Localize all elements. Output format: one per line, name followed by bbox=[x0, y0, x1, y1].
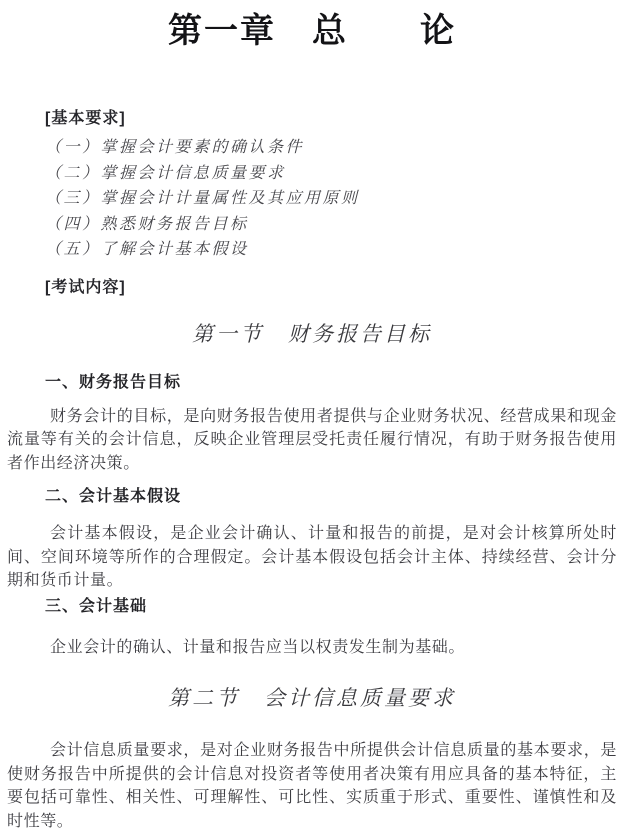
paragraph-financial-report-goal: 财务会计的目标，是向财务报告使用者提供与企业财务状况、经营成果和现金流量等有关的… bbox=[7, 405, 617, 476]
basic-requirements-heading: [基本要求] bbox=[45, 110, 617, 128]
requirement-item: （五）了解会计基本假设 bbox=[45, 237, 617, 263]
section-title-2: 第二节 会计信息质量要求 bbox=[7, 684, 617, 712]
paragraph-accounting-assumptions: 会计基本假设，是企业会计确认、计量和报告的前提，是对会计核算所处时间、空间环境等… bbox=[7, 522, 617, 593]
section-title-1: 第一节 财务报告目标 bbox=[7, 320, 617, 348]
paragraph-accounting-basis: 企业会计的确认、计量和报告应当以权责发生制为基础。 bbox=[7, 636, 617, 660]
page-title: 第一章 总 论 bbox=[7, 10, 617, 54]
subsection-heading-accounting-basis: 三、会计基础 bbox=[45, 598, 617, 616]
exam-content-heading: [考试内容] bbox=[45, 279, 617, 297]
requirement-item: （四）熟悉财务报告目标 bbox=[45, 212, 617, 238]
paragraph-information-quality: 会计信息质量要求，是对企业财务报告中所提供会计信息质量的基本要求，是使财务报告中… bbox=[7, 739, 617, 833]
subsection-heading-financial-report-goal: 一、财务报告目标 bbox=[45, 374, 617, 392]
requirement-item: （一）掌握会计要素的确认条件 bbox=[45, 135, 617, 161]
document-page: 第一章 总 论 [基本要求] （一）掌握会计要素的确认条件 （二）掌握会计信息质… bbox=[0, 0, 623, 833]
requirement-item: （二）掌握会计信息质量要求 bbox=[45, 161, 617, 187]
basic-requirements-list: （一）掌握会计要素的确认条件 （二）掌握会计信息质量要求 （三）掌握会计计量属性… bbox=[45, 135, 617, 263]
requirement-item: （三）掌握会计计量属性及其应用原则 bbox=[45, 186, 617, 212]
subsection-heading-accounting-assumptions: 二、会计基本假设 bbox=[45, 488, 617, 506]
